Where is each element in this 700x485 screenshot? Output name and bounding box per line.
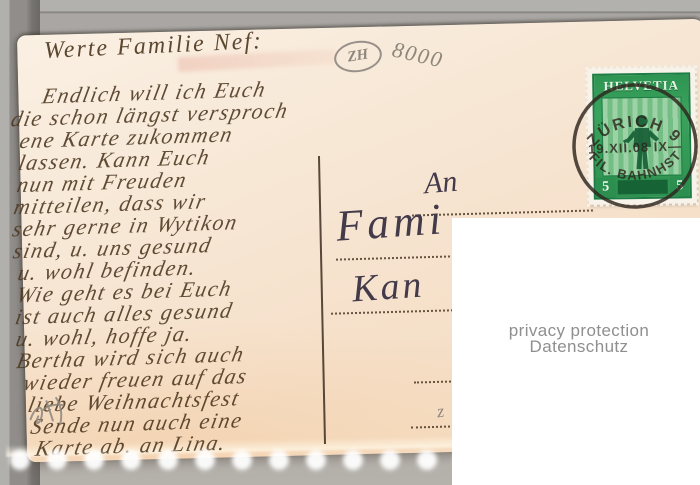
scalloped-edge-reflections bbox=[2, 448, 470, 480]
scanned-postcard-image: Werte Familie Nef: ZH 8000 Endlich will … bbox=[0, 0, 700, 485]
privacy-overlay: privacy protection Datenschutz bbox=[452, 218, 700, 485]
postmark: ZÜRICH 9 19.XII.08 IX— FIL. BAHNHST bbox=[550, 61, 700, 231]
privacy-text-de: Datenschutz bbox=[452, 339, 700, 355]
pencil-scribble bbox=[22, 390, 92, 436]
address-family-text: Fami bbox=[334, 193, 446, 251]
address-place-text: Kan bbox=[351, 263, 426, 312]
